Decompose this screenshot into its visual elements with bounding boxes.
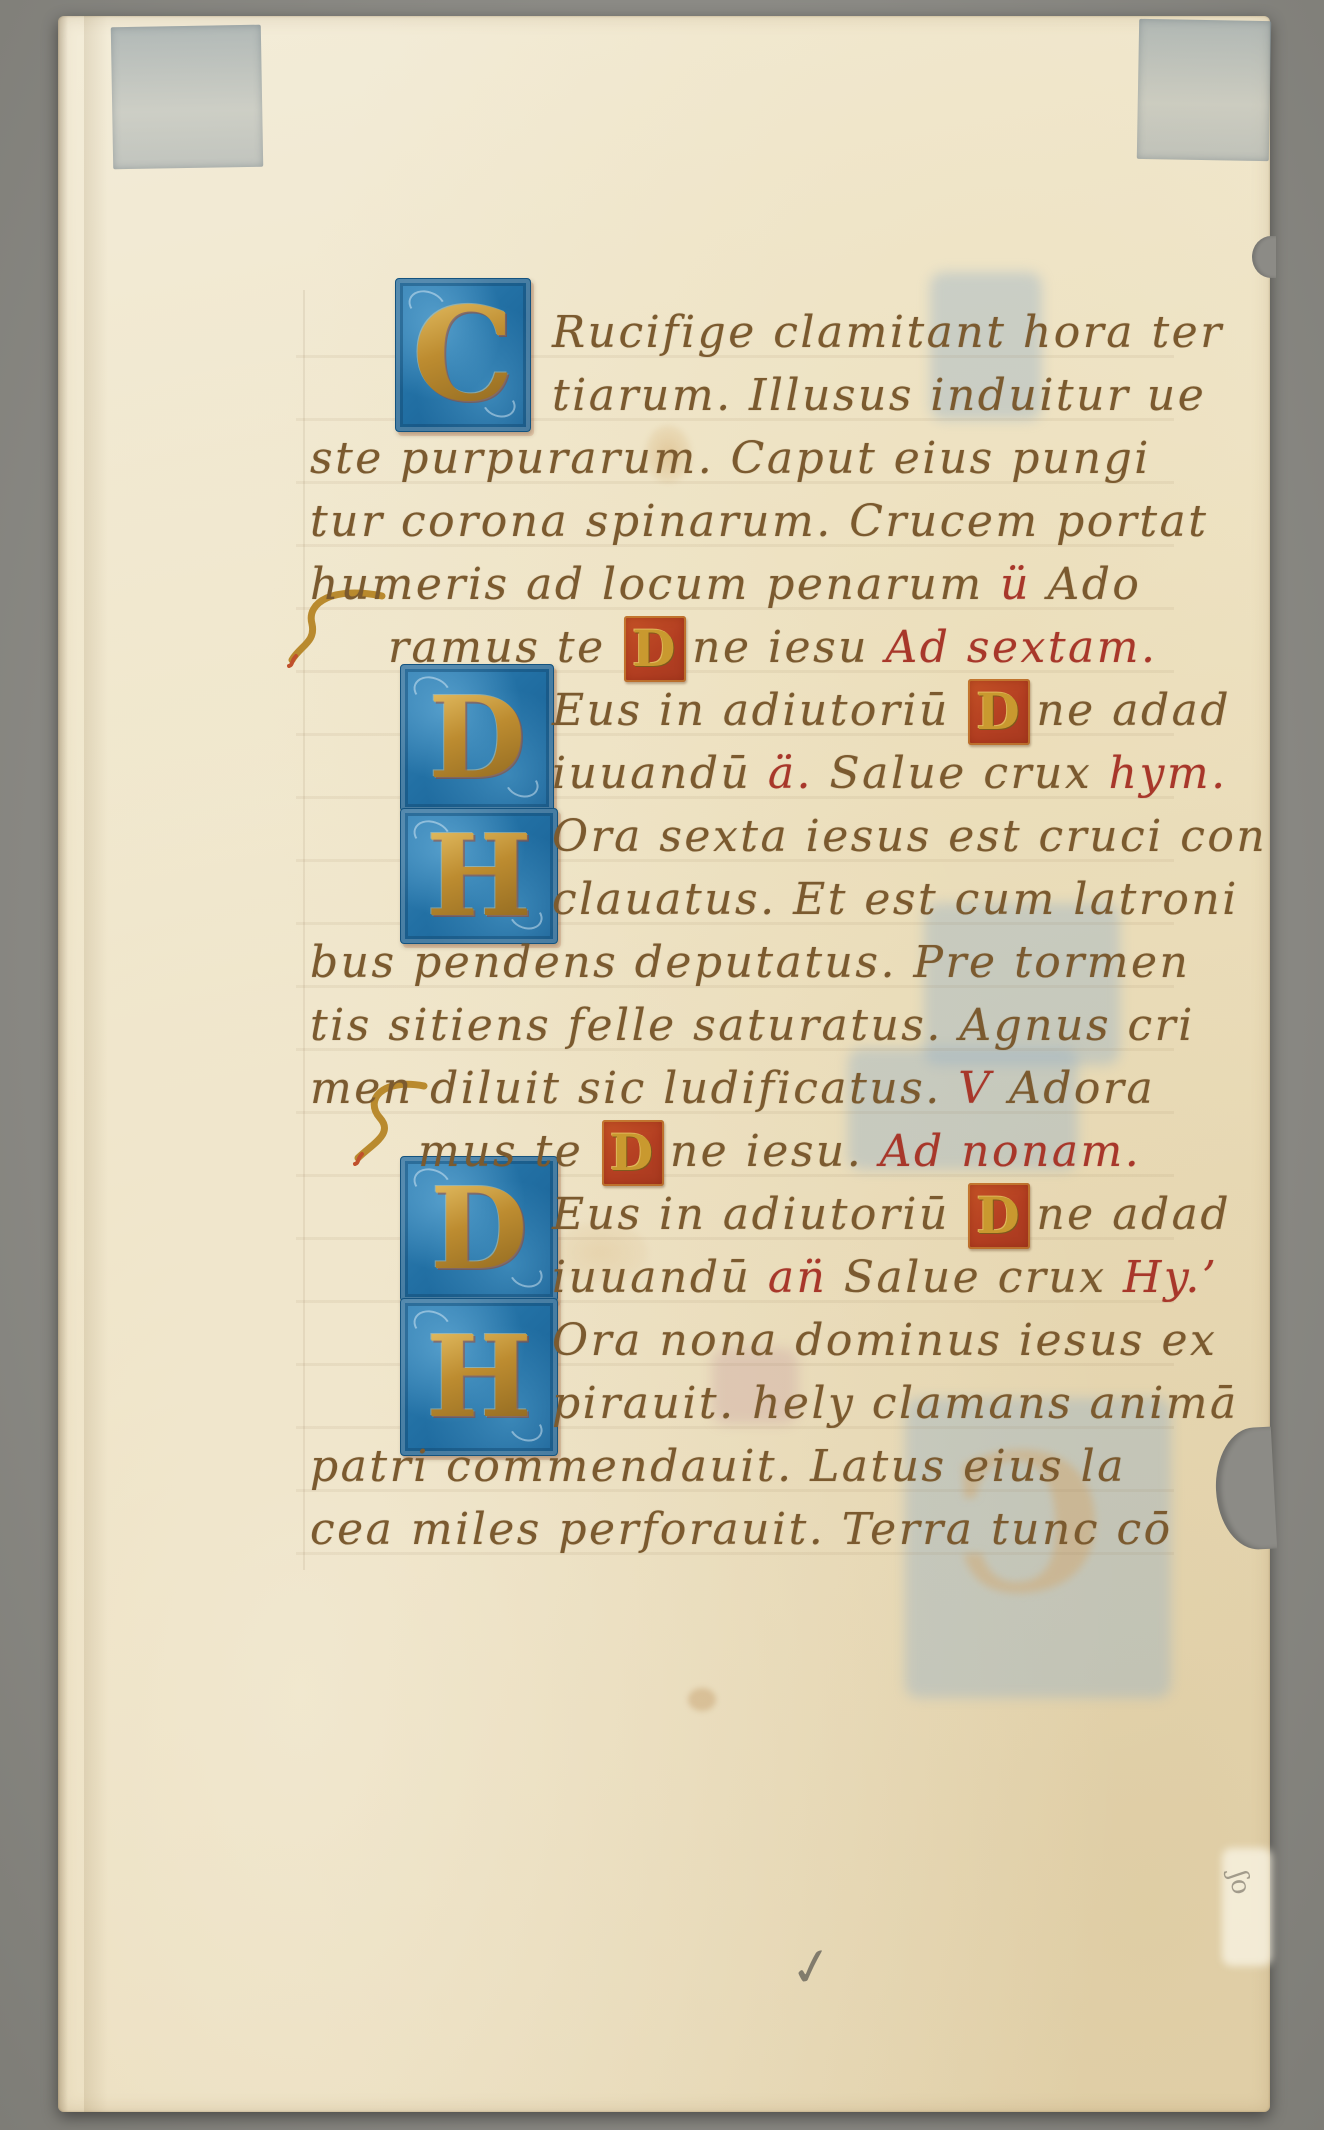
edge-repair-patch [1222, 1848, 1272, 1966]
rubric-text: ü [1000, 559, 1031, 611]
body-text: Adora [993, 1063, 1156, 1115]
illuminated-initial-H: H [400, 808, 558, 944]
body-text: Ado [1031, 559, 1141, 611]
small-initial-letter: D [610, 1127, 656, 1179]
text-line-18: pirauit. hely clamans animā [552, 1378, 1239, 1430]
body-text: Salue crux [827, 1252, 1123, 1304]
rubric-text: V [958, 1063, 992, 1115]
illuminated-initial-D: D [400, 664, 554, 812]
body-text: cea miles perforauit. Terra tunc cō [310, 1504, 1173, 1556]
text-line-2: tiarum. Illusus induitur ue [552, 370, 1206, 422]
leaf-left-edge [58, 16, 68, 2112]
text-line-6: ramus te Dne iesu Ad sextam. [388, 622, 1157, 682]
text-line-15: Eus in adiutoriū Dne adad [552, 1189, 1231, 1249]
initial-letter: H [426, 811, 532, 942]
text-line-5: humeris ad locum penarum ü Ado [310, 559, 1141, 611]
body-text: tiarum. Illusus induitur ue [552, 370, 1206, 422]
body-text: Salue crux [813, 748, 1109, 800]
text-line-3: ste purpurarum. Caput eius pungi [310, 433, 1151, 485]
small-initial-D: D [624, 616, 686, 682]
body-text: Ora sexta iesus est cruci con [552, 811, 1267, 863]
illuminated-initial-H: H [400, 1298, 558, 1456]
small-initial-letter: D [976, 1190, 1022, 1242]
initial-letter: H [426, 1312, 532, 1443]
rubric-text: Hy.’ [1123, 1252, 1218, 1304]
body-text: iuuandū [552, 1252, 768, 1304]
text-line-16: iuuandū an̈ Salue crux Hy.’ [552, 1252, 1218, 1304]
text-line-4: tur corona spinarum. Crucem portat [310, 496, 1208, 548]
body-text: ste purpurarum. Caput eius pungi [310, 433, 1151, 485]
small-initial-letter: D [976, 686, 1022, 738]
rubric-text: Ad nonam. [880, 1126, 1142, 1178]
body-text: humeris ad locum penarum [310, 559, 1000, 611]
body-text: men diluit sic ludificatus. [310, 1063, 958, 1115]
small-initial-letter: D [632, 623, 678, 675]
text-line-8: iuuandū ä. Salue crux hym. [552, 748, 1228, 800]
small-initial-D: D [968, 1183, 1030, 1249]
small-initial-D: D [602, 1120, 664, 1186]
photo-background: C C D H D H Rucifige clamita [0, 0, 1324, 2130]
body-text: ne adad [1036, 1189, 1231, 1241]
text-line-9: Ora sexta iesus est cruci con [552, 811, 1267, 863]
text-line-7: Eus in adiutoriū Dne adad [552, 685, 1231, 745]
initial-letter: C [412, 280, 514, 430]
body-text: tis sitiens felle saturatus. Agnus cri [310, 1000, 1195, 1052]
body-text: Ora nona dominus iesus ex [552, 1315, 1217, 1367]
text-line-14: mus te Dne iesu. Ad nonam. [418, 1126, 1141, 1186]
rubric-text: an̈ [768, 1252, 828, 1304]
stain [688, 1688, 716, 1711]
rubric-text: ä. [768, 748, 813, 800]
rubric-text: hym. [1109, 748, 1228, 800]
text-line-19: patri commendauit. Latus eius la [310, 1441, 1126, 1493]
body-text: ne adad [1036, 685, 1231, 737]
body-text: tur corona spinarum. Crucem portat [310, 496, 1208, 548]
rubric-text: Ad sextam. [886, 622, 1158, 674]
text-line-1: Rucifige clamitant hora ter [552, 307, 1224, 359]
gutter-crease [84, 16, 118, 2112]
body-text: clauatus. Et est cum latroni [552, 874, 1239, 926]
text-line-17: Ora nona dominus iesus ex [552, 1315, 1217, 1367]
body-text: Eus in adiutoriū [552, 1189, 966, 1241]
tape-residue-top-left [111, 25, 263, 170]
tape-residue-top-right [1137, 19, 1271, 161]
body-text: ne iesu. [670, 1126, 880, 1178]
pencil-margin-note: ʃo [1223, 1869, 1256, 1897]
text-line-11: bus pendens deputatus. Pre tormen [310, 937, 1190, 989]
small-initial-D: D [968, 679, 1030, 745]
body-text: ne iesu [692, 622, 885, 674]
body-text: bus pendens deputatus. Pre tormen [310, 937, 1190, 989]
text-line-20: cea miles perforauit. Terra tunc cō [310, 1504, 1173, 1556]
body-text: Eus in adiutoriū [552, 685, 966, 737]
initial-letter: D [428, 673, 525, 804]
body-text: patri commendauit. Latus eius la [310, 1441, 1126, 1493]
manuscript-photo: { "document": { "kind": "Illuminated man… [0, 0, 1324, 2130]
illuminated-initial-C: C [395, 278, 531, 432]
body-text: pirauit. hely clamans animā [552, 1378, 1239, 1430]
text-line-13: men diluit sic ludificatus. V Adora [310, 1063, 1155, 1115]
body-text: mus te [418, 1126, 600, 1178]
text-line-10: clauatus. Et est cum latroni [552, 874, 1239, 926]
body-text: Rucifige clamitant hora ter [552, 307, 1224, 359]
text-line-12: tis sitiens felle saturatus. Agnus cri [310, 1000, 1195, 1052]
body-text: iuuandū [552, 748, 768, 800]
body-text: ramus te [388, 622, 622, 674]
ruling-vertical [303, 290, 305, 1570]
